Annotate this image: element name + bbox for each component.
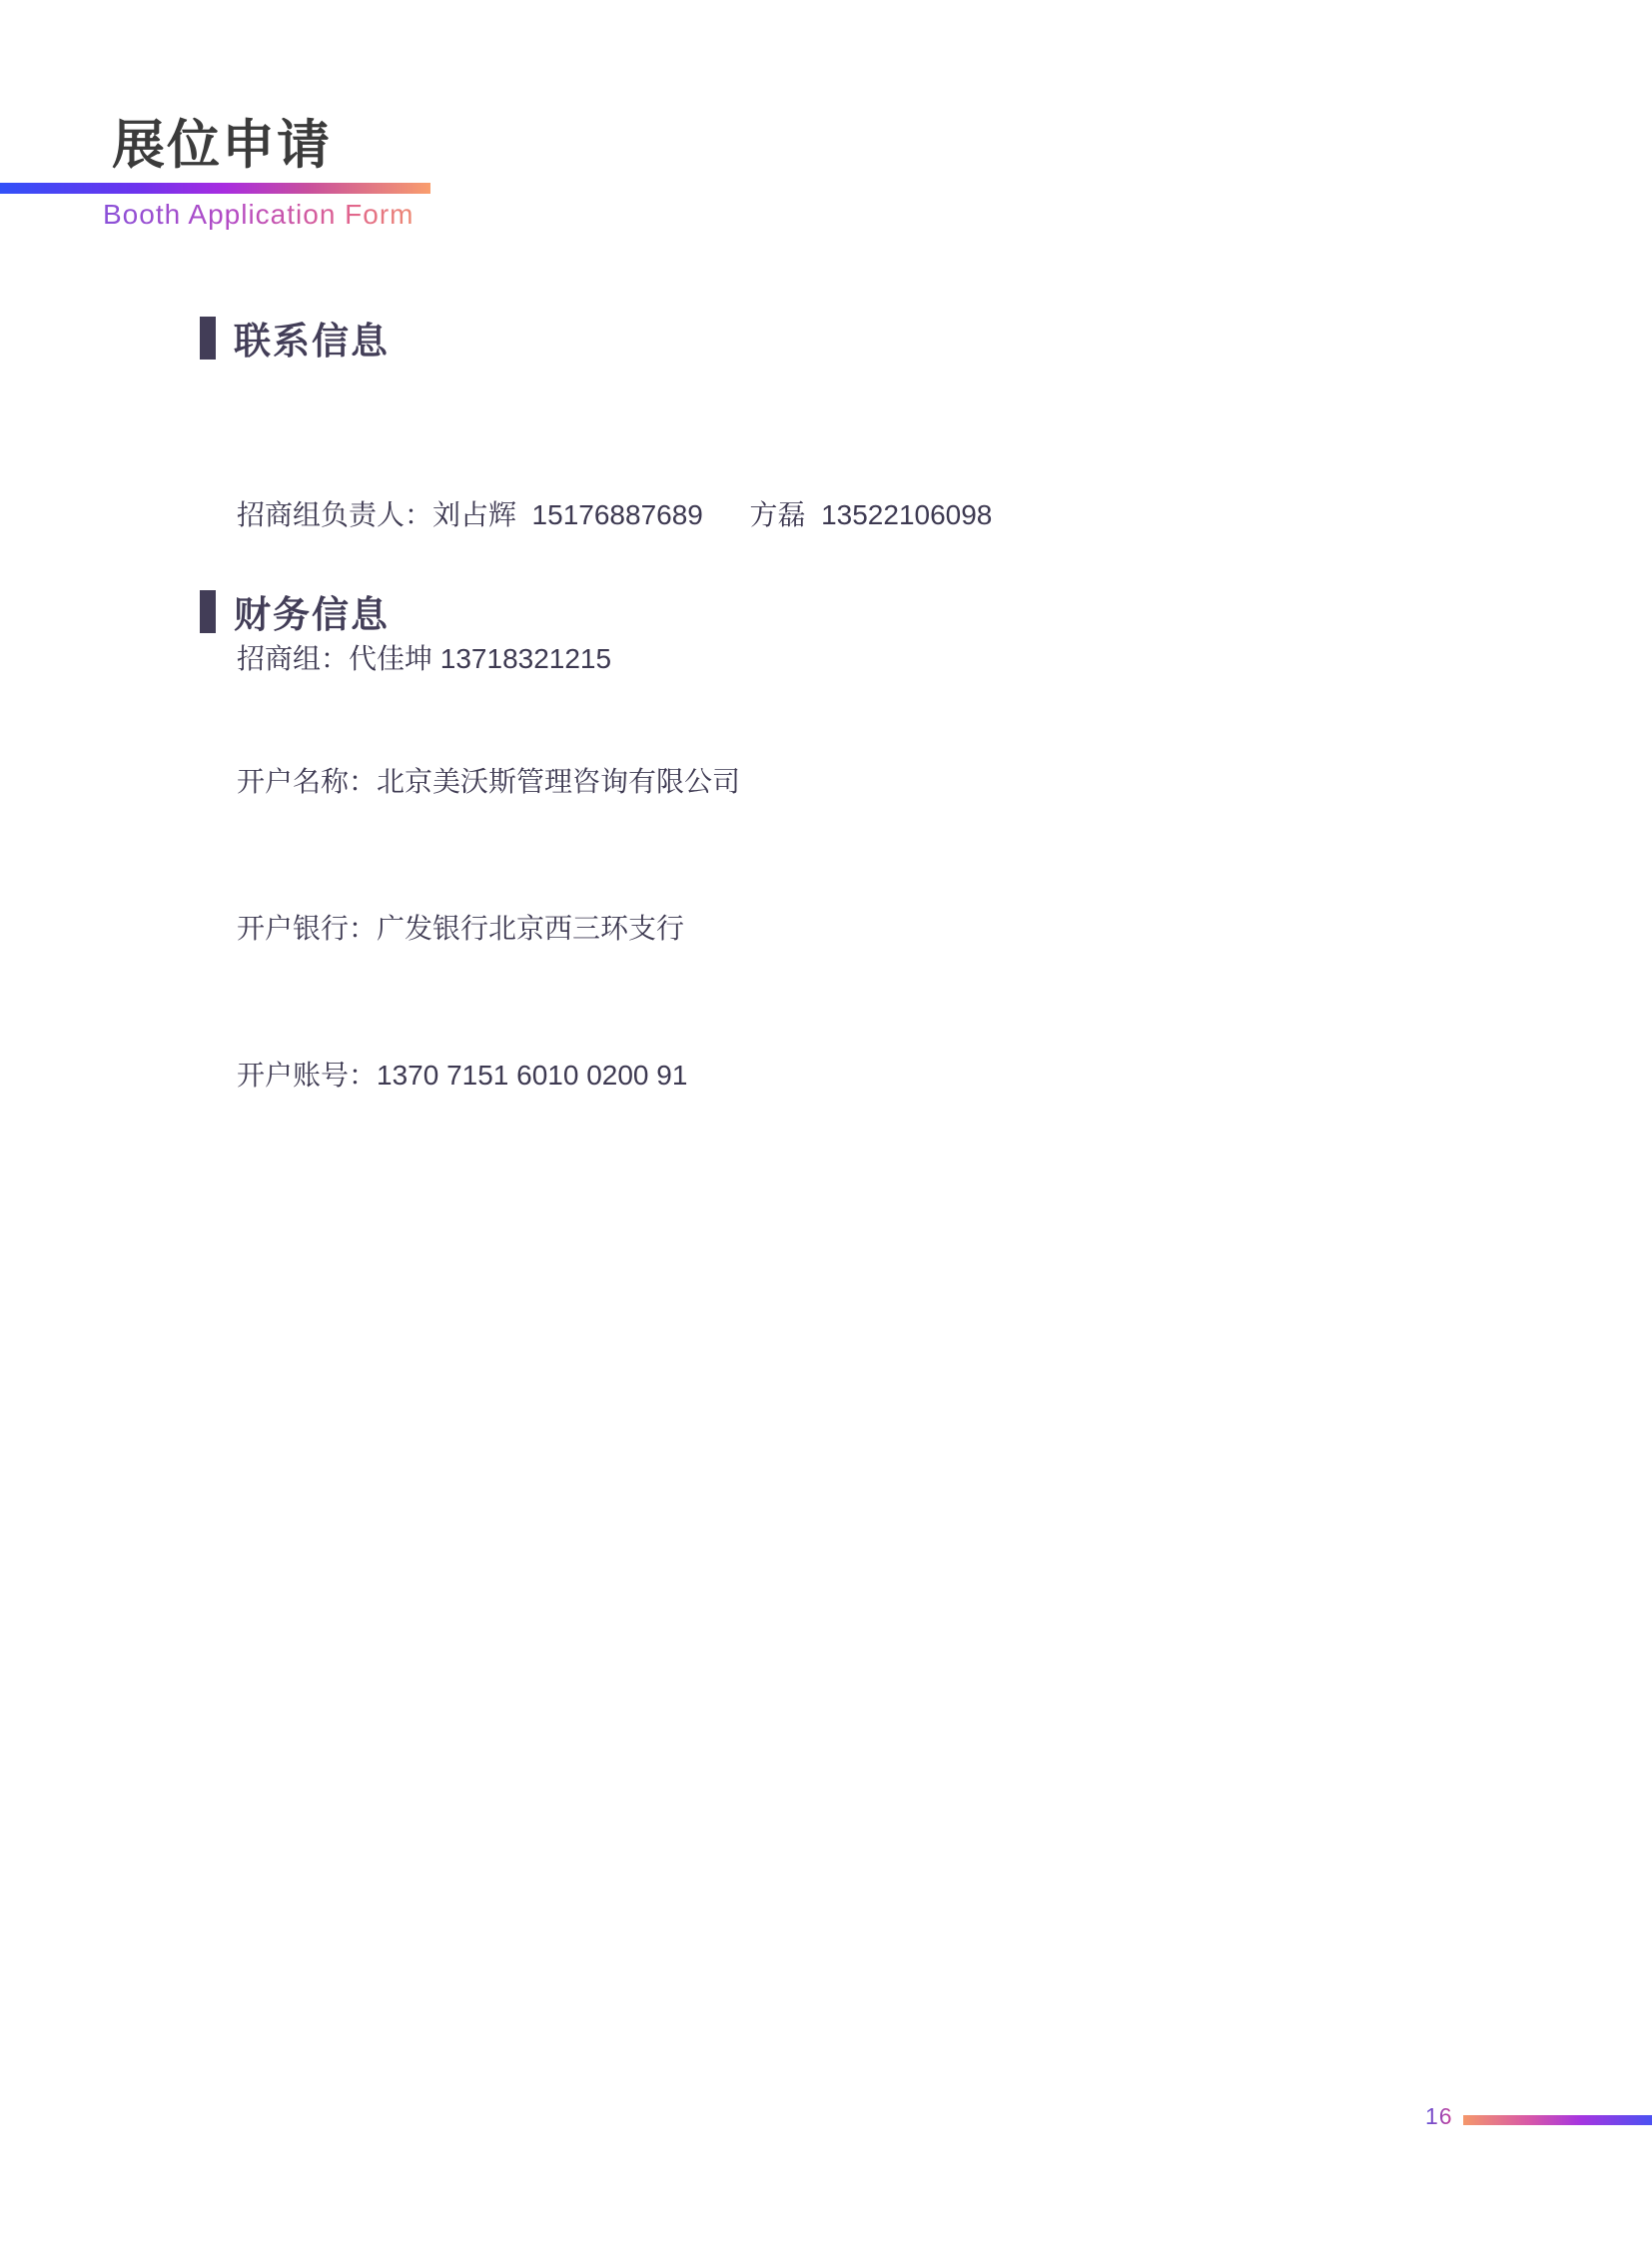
section-heading-contact-label: 联系信息 xyxy=(234,311,390,365)
page-title: 展位申请 xyxy=(112,116,332,176)
section-heading-finance: 财务信息 xyxy=(200,584,390,638)
page-subtitle: Booth Application Form xyxy=(103,199,442,231)
document-page: 展位申请 Booth Application Form 联系信息 招商组负责人：… xyxy=(0,0,1652,2242)
page-number: 16 xyxy=(1425,2105,1453,2128)
section-marker-bar xyxy=(200,590,216,633)
finance-line-account-number: 开户账号：1370 7151 6010 0200 91 xyxy=(237,1051,740,1100)
section-marker-bar xyxy=(200,317,216,360)
finance-line-account-name: 开户名称：北京美沃斯管理咨询有限公司 xyxy=(237,757,740,806)
header-gradient-divider xyxy=(0,183,430,194)
finance-info-body: 开户名称：北京美沃斯管理咨询有限公司 开户银行：广发银行北京西三环支行 开户账号… xyxy=(237,659,740,1197)
section-heading-contact: 联系信息 xyxy=(200,311,390,365)
footer-gradient-divider xyxy=(1463,2115,1652,2125)
section-heading-finance-label: 财务信息 xyxy=(234,584,390,638)
finance-line-bank: 开户银行：广发银行北京西三环支行 xyxy=(237,904,740,953)
contact-line-leaders: 招商组负责人：刘占辉 15176887689 方磊 13522106098 xyxy=(237,491,992,539)
